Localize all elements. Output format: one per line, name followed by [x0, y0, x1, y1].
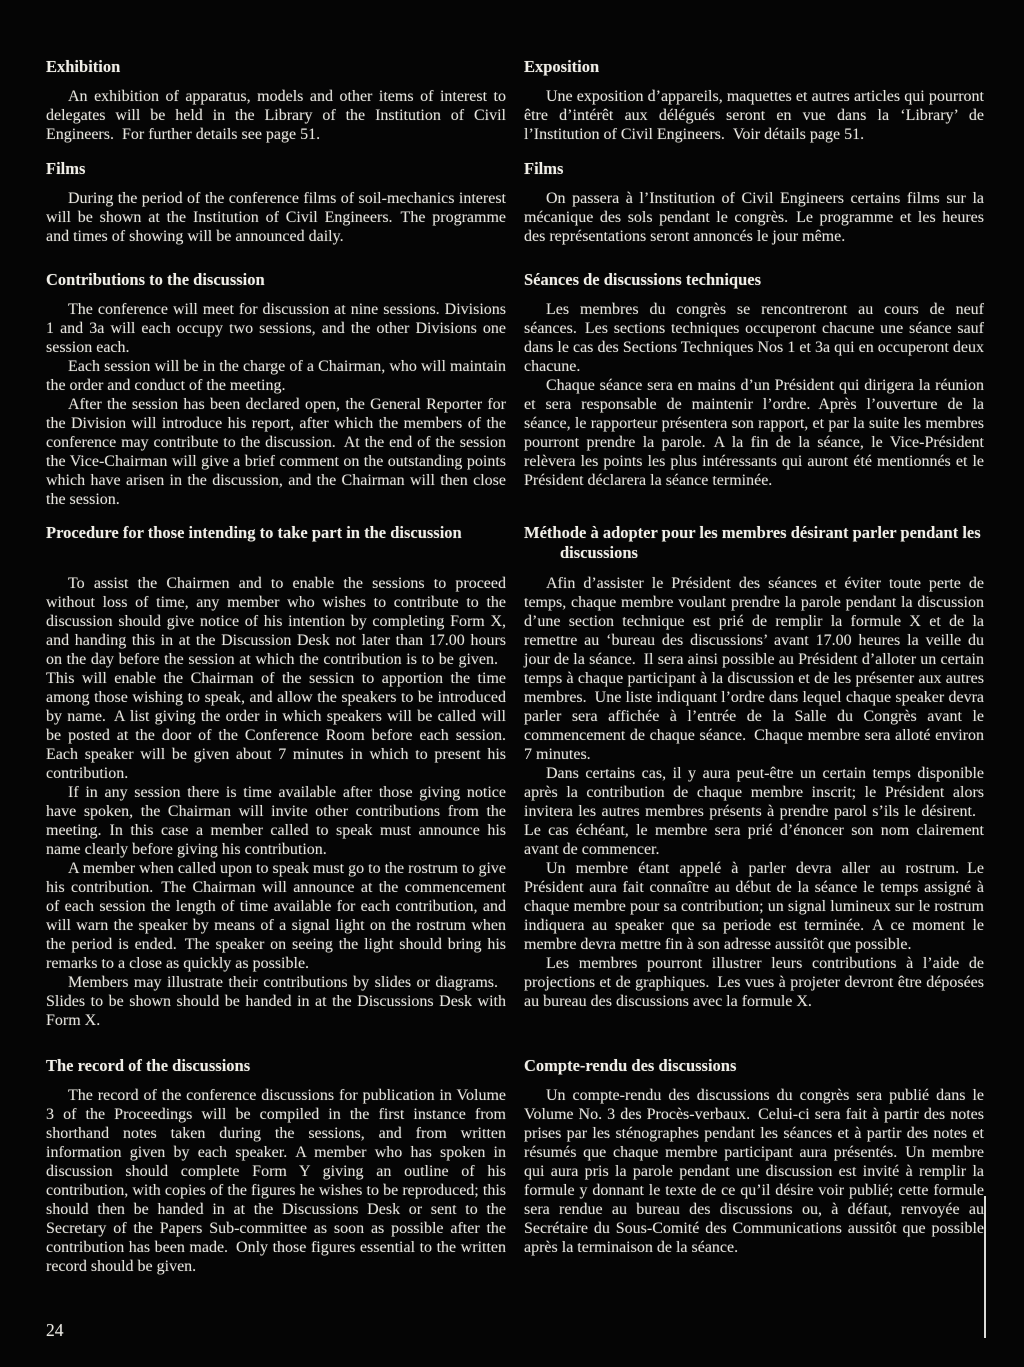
exhibition-paragraph: An exhibition of apparatus, models and o… [46, 87, 506, 144]
exhibition-heading: Exhibition [46, 57, 506, 77]
procedure-paragraph: A member when called upon to speak must … [46, 859, 506, 973]
section-procedure: Procedure for those intending to take pa… [46, 523, 984, 1030]
methode-paragraph: Un membre étant appelé à parler devra al… [524, 859, 984, 954]
films-english-column: Films During the period of the conferenc… [46, 159, 506, 246]
scanned-document-page: Exhibition An exhibition of apparatus, m… [0, 0, 1024, 1367]
page-number: 24 [46, 1320, 64, 1341]
methode-paragraph: Afin d’assister le Président des séances… [524, 574, 984, 764]
procedure-paragraph: Members may illustrate their contributio… [46, 973, 506, 1030]
section-exhibition: Exhibition An exhibition of apparatus, m… [46, 57, 984, 144]
films-en-heading: Films [46, 159, 506, 179]
exposition-heading: Exposition [524, 57, 984, 77]
contributions-heading: Contributions to the discussion [46, 270, 506, 290]
record-english-column: The record of the discussions The record… [46, 1056, 506, 1276]
methode-heading: Méthode à adopter pour les membres désir… [524, 523, 984, 564]
contributions-english-column: Contributions to the discussion The conf… [46, 270, 506, 509]
procedure-paragraph: To assist the Chairmen and to enable the… [46, 574, 506, 783]
contributions-paragraph: After the session has been declared open… [46, 395, 506, 509]
procedure-heading: Procedure for those intending to take pa… [46, 523, 506, 564]
section-record: The record of the discussions The record… [46, 1056, 984, 1276]
seances-paragraph: Chaque séance sera en mains d’un Préside… [524, 376, 984, 490]
films-fr-heading: Films [524, 159, 984, 179]
exhibition-english-column: Exhibition An exhibition of apparatus, m… [46, 57, 506, 144]
films-french-column: Films On passera à l’Institution of Civi… [524, 159, 984, 246]
exposition-french-column: Exposition Une exposition d’appareils, m… [524, 57, 984, 144]
films-en-paragraph: During the period of the conference film… [46, 189, 506, 246]
compte-rendu-paragraph: Un compte-rendu des discussions du congr… [524, 1086, 984, 1257]
films-fr-paragraph: On passera à l’Institution of Civil Engi… [524, 189, 984, 246]
seances-french-column: Séances de discussions techniques Les me… [524, 270, 984, 509]
compte-rendu-french-column: Compte-rendu des discussions Un compte-r… [524, 1056, 984, 1276]
methode-paragraph: Dans certains cas, il y aura peut-être u… [524, 764, 984, 859]
contributions-paragraph: The conference will meet for discussion … [46, 300, 506, 357]
two-column-text-block: Exhibition An exhibition of apparatus, m… [46, 57, 984, 1276]
section-contributions: Contributions to the discussion The conf… [46, 270, 984, 509]
procedure-english-column: Procedure for those intending to take pa… [46, 523, 506, 1030]
scan-artifact-line [984, 1196, 986, 1338]
exposition-paragraph: Une exposition d’appareils, maquettes et… [524, 87, 984, 144]
seances-paragraph: Les membres du congrès se rencontreront … [524, 300, 984, 376]
seances-heading: Séances de discussions techniques [524, 270, 984, 290]
section-films: Films During the period of the conferenc… [46, 159, 984, 246]
record-heading: The record of the discussions [46, 1056, 506, 1076]
procedure-paragraph: If in any session there is time availabl… [46, 783, 506, 859]
methode-french-column: Méthode à adopter pour les membres désir… [524, 523, 984, 1030]
contributions-paragraph: Each session will be in the charge of a … [46, 357, 506, 395]
record-paragraph: The record of the conference discussions… [46, 1086, 506, 1276]
compte-rendu-heading: Compte-rendu des discussions [524, 1056, 984, 1076]
methode-paragraph: Les membres pourront illustrer leurs con… [524, 954, 984, 1011]
